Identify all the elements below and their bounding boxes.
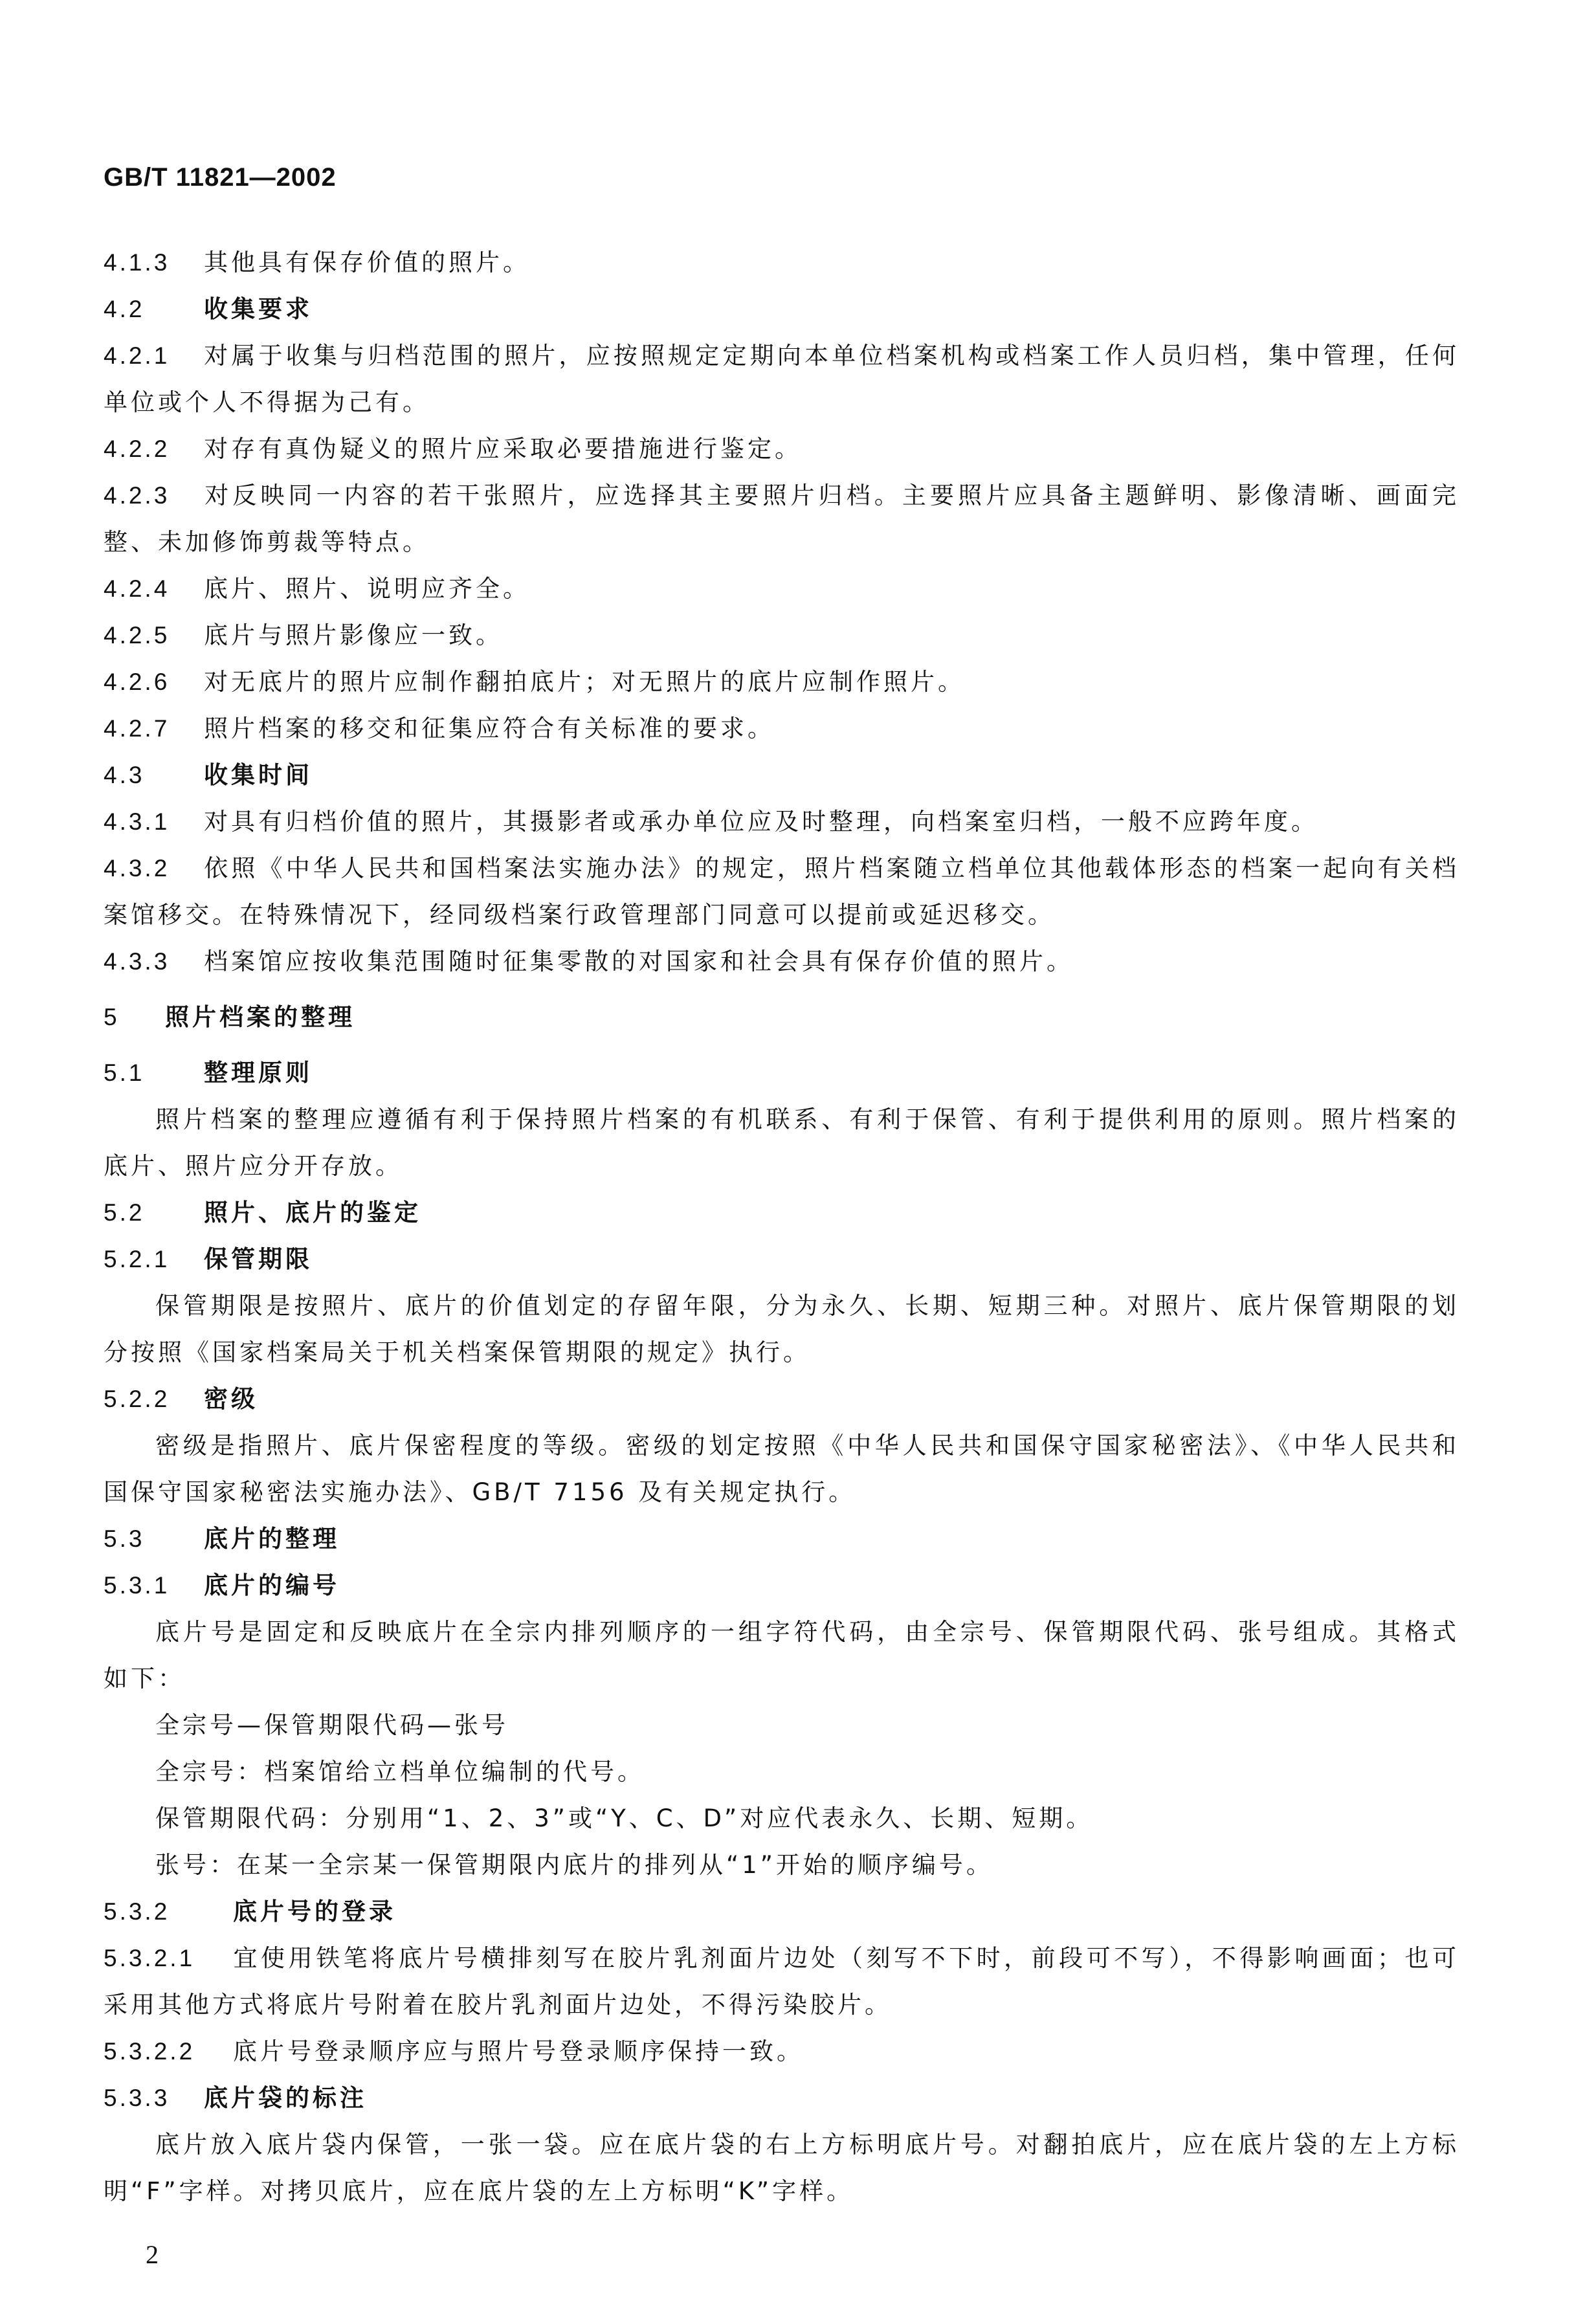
clause-text: 底片、照片、说明应齐全。	[204, 575, 530, 603]
heading-text: 整理原则	[204, 1059, 313, 1087]
clause-number: 5.1	[104, 1050, 204, 1096]
paragraph: 底片放入底片袋内保管，一张一袋。应在底片袋的右上方标明底片号。对翻拍底片，应在底…	[104, 2122, 1459, 2215]
clause-number: 5.3.3	[104, 2075, 204, 2122]
clause-number: 5.3	[104, 1516, 204, 1562]
document-body: 4.1.3其他具有保存价值的照片。4.2收集要求4.2.1对属于收集与归档范围的…	[104, 239, 1459, 2215]
paragraph: 密级是指照片、底片保密程度的等级。密级的划定按照《中华人民共和国保守国家秘密法》…	[104, 1423, 1459, 1516]
clause: 5.3.2.1宜使用铁笔将底片号横排刻写在胶片乳剂面片边处（刻写不下时，前段可不…	[104, 1935, 1459, 2028]
clause: 4.3.2依照《中华人民共和国档案法实施办法》的规定，照片档案随立档单位其他载体…	[104, 845, 1459, 938]
clause: 4.2.7照片档案的移交和征集应符合有关标准的要求。	[104, 705, 1459, 752]
clause-text: 对具有归档价值的照片，其摄影者或承办单位应及时整理，向档案室归档，一般不应跨年度…	[204, 808, 1318, 836]
clause-number: 5.3.2	[104, 1889, 233, 1935]
clause-number: 5	[104, 994, 165, 1041]
heading-text: 底片袋的标注	[204, 2084, 367, 2112]
section-heading: 5.3.1底片的编号	[104, 1562, 1459, 1609]
paragraph: 照片档案的整理应遵循有利于保持照片档案的有机联系、有利于保管、有利于提供利用的原…	[104, 1096, 1459, 1190]
section-heading: 5.3.3底片袋的标注	[104, 2075, 1459, 2122]
section-heading: 5.2照片、底片的鉴定	[104, 1190, 1459, 1236]
clause-text: 照片档案的整理应遵循有利于保持照片档案的有机联系、有利于保管、有利于提供利用的原…	[104, 1105, 1459, 1180]
section-heading: 5.1整理原则	[104, 1050, 1459, 1096]
heading-text: 密级	[204, 1385, 258, 1413]
clause-text: 全宗号—保管期限代码—张号	[155, 1711, 509, 1739]
heading-text: 保管期限	[204, 1245, 313, 1273]
definition-line: 全宗号—保管期限代码—张号	[104, 1702, 1459, 1749]
paragraph: 底片号是固定和反映底片在全宗内排列顺序的一组字符代码，由全宗号、保管期限代码、张…	[104, 1609, 1459, 1702]
clause-number: 4.3.3	[104, 938, 204, 985]
clause-number: 5.2	[104, 1190, 204, 1236]
clause-number: 4.2.2	[104, 426, 204, 472]
clause-number: 5.3.1	[104, 1562, 204, 1609]
clause-text: 对存有真伪疑义的照片应采取必要措施进行鉴定。	[204, 435, 802, 463]
clause: 4.2.2对存有真伪疑义的照片应采取必要措施进行鉴定。	[104, 426, 1459, 472]
clause-text: 底片放入底片袋内保管，一张一袋。应在底片袋的右上方标明底片号。对翻拍底片，应在底…	[104, 2131, 1459, 2205]
definition-line: 张号：在某一全宗某一保管期限内底片的排列从“1”开始的顺序编号。	[104, 1842, 1459, 1889]
clause: 5.3.2.2底片号登录顺序应与照片号登录顺序保持一致。	[104, 2028, 1459, 2075]
heading-text: 照片、底片的鉴定	[204, 1199, 421, 1226]
clause-text: 保管期限是按照片、底片的价值划定的存留年限，分为永久、长期、短期三种。对照片、底…	[104, 1292, 1459, 1366]
clause: 4.2.3对反映同一内容的若干张照片，应选择其主要照片归档。主要照片应具备主题鲜…	[104, 472, 1459, 566]
clause-text: 照片档案的移交和征集应符合有关标准的要求。	[204, 715, 775, 742]
clause-number: 5.2.1	[104, 1236, 204, 1283]
clause-number: 4.2.6	[104, 659, 204, 705]
clause-text: 对反映同一内容的若干张照片，应选择其主要照片归档。主要照片应具备主题鲜明、影像清…	[104, 482, 1459, 556]
clause-number: 4.3.1	[104, 799, 204, 845]
clause-text: 对属于收集与归档范围的照片，应按照规定定期向本单位档案机构或档案工作人员归档，集…	[104, 342, 1459, 416]
heading-text: 收集要求	[204, 295, 313, 323]
clause-text: 底片与照片影像应一致。	[204, 621, 503, 649]
clause: 4.2.5底片与照片影像应一致。	[104, 612, 1459, 659]
clause: 4.1.3其他具有保存价值的照片。	[104, 239, 1459, 286]
clause: 4.2.4底片、照片、说明应齐全。	[104, 566, 1459, 612]
clause-number: 4.2.4	[104, 566, 204, 612]
definition-line: 全宗号：档案馆给立档单位编制的代号。	[104, 1749, 1459, 1795]
clause-number: 4.1.3	[104, 239, 204, 286]
clause-number: 4.2.7	[104, 705, 204, 752]
clause-text: 其他具有保存价值的照片。	[204, 249, 530, 276]
clause-text: 档案馆应按收集范围随时征集零散的对国家和社会具有保存价值的照片。	[204, 948, 1074, 975]
section-heading: 5.3.2底片号的登录	[104, 1889, 1459, 1935]
clause-text: 依照《中华人民共和国档案法实施办法》的规定，照片档案随立档单位其他载体形态的档案…	[104, 854, 1459, 929]
section-heading: 4.2收集要求	[104, 286, 1459, 333]
definition-line: 保管期限代码：分别用“1、2、3”或“Y、C、D”对应代表永久、长期、短期。	[104, 1795, 1459, 1842]
clause-text: 底片号是固定和反映底片在全宗内排列顺序的一组字符代码，由全宗号、保管期限代码、张…	[104, 1618, 1459, 1692]
standard-code-header: GB/T 11821—2002	[104, 163, 337, 192]
clause-text: 全宗号：档案馆给立档单位编制的代号。	[155, 1758, 645, 1786]
paragraph: 保管期限是按照片、底片的价值划定的存留年限，分为永久、长期、短期三种。对照片、底…	[104, 1283, 1459, 1376]
clause: 4.3.1对具有归档价值的照片，其摄影者或承办单位应及时整理，向档案室归档，一般…	[104, 799, 1459, 845]
clause-number: 4.2.5	[104, 612, 204, 659]
clause-text: 保管期限代码：分别用“1、2、3”或“Y、C、D”对应代表永久、长期、短期。	[155, 1804, 1093, 1832]
clause-text: 密级是指照片、底片保密程度的等级。密级的划定按照《中华人民共和国保守国家秘密法》…	[104, 1432, 1459, 1506]
clause-number: 4.2.1	[104, 333, 204, 379]
clause-text: 底片号登录顺序应与照片号登录顺序保持一致。	[233, 2037, 804, 2065]
section-heading: 5.2.2密级	[104, 1376, 1459, 1423]
clause-text: 对无底片的照片应制作翻拍底片；对无照片的底片应制作照片。	[204, 668, 965, 696]
heading-text: 底片号的登录	[233, 1898, 396, 1925]
section-heading: 4.3收集时间	[104, 752, 1459, 799]
clause-number: 4.2.3	[104, 472, 204, 519]
page-number: 2	[146, 2239, 159, 2270]
clause-number: 5.3.2.1	[104, 1935, 233, 1982]
clause-number: 5.2.2	[104, 1376, 204, 1423]
clause-number: 5.3.2.2	[104, 2028, 233, 2075]
section-heading: 5.2.1保管期限	[104, 1236, 1459, 1283]
clause: 4.2.1对属于收集与归档范围的照片，应按照规定定期向本单位档案机构或档案工作人…	[104, 333, 1459, 426]
clause-number: 4.3.2	[104, 845, 204, 892]
clause: 4.3.3档案馆应按收集范围随时征集零散的对国家和社会具有保存价值的照片。	[104, 938, 1459, 985]
heading-text: 收集时间	[204, 761, 313, 789]
section-heading: 5.3底片的整理	[104, 1516, 1459, 1562]
heading-text: 照片档案的整理	[165, 1003, 355, 1031]
clause-text: 宜使用铁笔将底片号横排刻写在胶片乳剂面片边处（刻写不下时，前段可不写），不得影响…	[104, 1944, 1459, 2019]
chapter-heading: 5照片档案的整理	[104, 994, 1459, 1041]
clause-text: 张号：在某一全宗某一保管期限内底片的排列从“1”开始的顺序编号。	[155, 1851, 993, 1879]
heading-text: 底片的整理	[204, 1525, 340, 1553]
clause-number: 4.2	[104, 286, 204, 333]
clause: 4.2.6对无底片的照片应制作翻拍底片；对无照片的底片应制作照片。	[104, 659, 1459, 705]
heading-text: 底片的编号	[204, 1571, 340, 1599]
clause-number: 4.3	[104, 752, 204, 799]
